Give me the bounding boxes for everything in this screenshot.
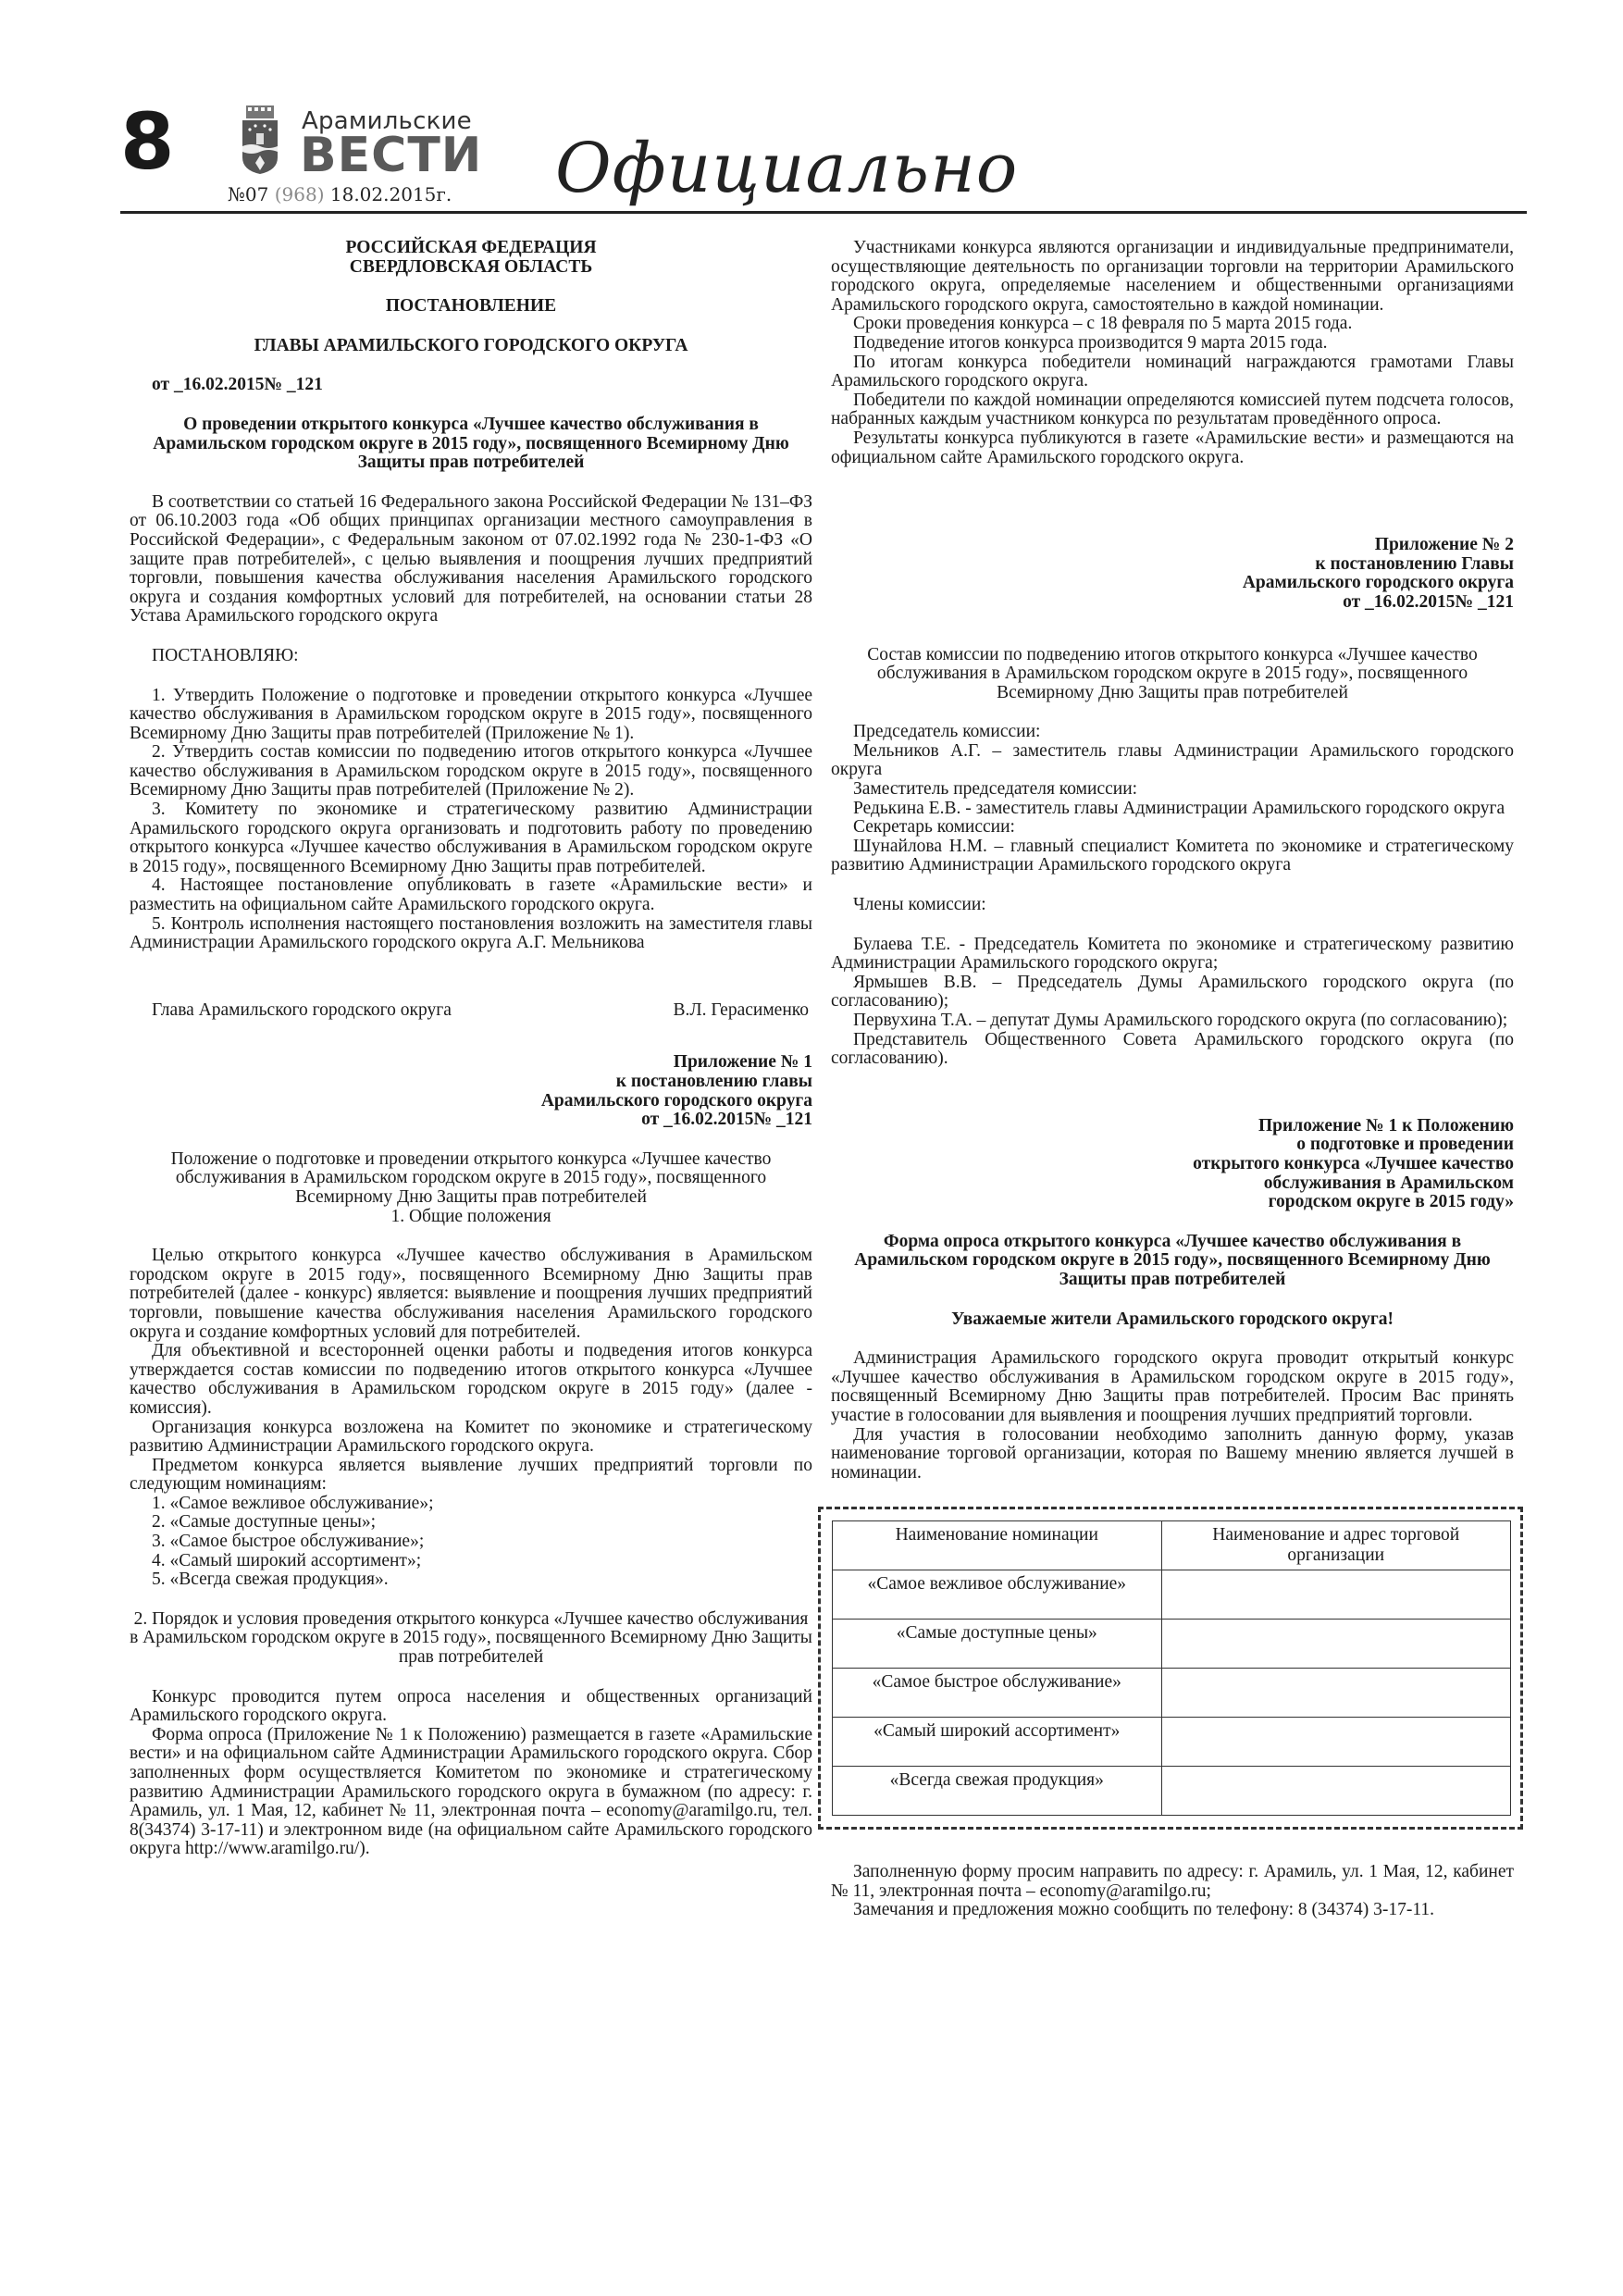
section1-paragraph: Организация конкурса возложена на Комите… [130,1419,812,1457]
section1-paragraph: Для объективной и всесторонней оценки ра… [130,1342,812,1418]
section-title: Официально [555,122,1018,215]
doc-date-number: от _16.02.2015№ _121 [130,376,812,395]
survey-intro: Для участия в голосовании необходимо зап… [831,1426,1514,1483]
member-item: Первухина Т.А. – депутат Думы Арамильско… [831,1011,1514,1031]
right-column: Участниками конкурса являются организаци… [831,239,1514,1920]
nomination-item: 3. «Самое быстрое обслуживание»; [130,1533,812,1552]
column-header-nomination: Наименование номинации [833,1521,1162,1570]
appendix1-heading-line: от _16.02.2015№ _121 [130,1111,812,1130]
signature-name: В.Л. Герасименко [674,1001,809,1021]
table-row: «Самое быстрое обслуживание» [833,1669,1511,1718]
members-label: Члены комиссии: [831,896,1514,915]
survey-heading-line: Приложение № 1 к Положению [831,1117,1514,1136]
nomination-item: 4. «Самый широкий ассортимент»; [130,1552,812,1571]
table-row: «Самые доступные цены» [833,1620,1511,1669]
issue-date: 18.02.2015г. [330,183,452,205]
member-item: Представитель Общественного Совета Арами… [831,1031,1514,1069]
nomination-item: 5. «Всегда свежая продукция». [130,1570,812,1590]
table-header-row: Наименование номинации Наименование и ад… [833,1521,1511,1570]
survey-intro: Администрация Арамильского городского ок… [831,1349,1514,1425]
signature-block: Глава Арамильского городского округа В.Л… [130,1001,812,1021]
section2-paragraph: Подведение итогов конкурса производится … [831,334,1514,354]
member-item: Ярмышев В.В. – Председатель Думы Арамиль… [831,974,1514,1011]
decree-word: ПОСТАНОВЛЯЮ: [130,647,812,666]
survey-heading-line: городском округе в 2015 году» [831,1193,1514,1212]
survey-greeting: Уважаемые жители Арамильского городского… [831,1310,1514,1330]
chair: Мельников А.Г. – заместитель главы Админ… [831,742,1514,780]
header-region: СВЕРДЛОВСКАЯ ОБЛАСТЬ [130,258,812,278]
appendix2-heading-line: от _16.02.2015№ _121 [831,593,1514,613]
section1-paragraph: Предметом конкурса является выявление лу… [130,1457,812,1495]
page-number: 8 [120,100,174,183]
nominations-list: 1. «Самое вежливое обслуживание»; 2. «Са… [130,1495,812,1590]
appendix1-heading-line: Арамильского городского округа [130,1092,812,1111]
deputy: Редькина Е.В. - заместитель главы Админи… [831,800,1514,819]
appendix2-heading: Приложение № 2 к постановлению Главы Ара… [831,536,1514,612]
survey-heading-line: открытого конкурса «Лучшее качество [831,1155,1514,1174]
deputy-label: Заместитель председателя комиссии: [831,780,1514,800]
appendix1-heading-line: Приложение № 1 [130,1053,812,1073]
issue-total-number: (968) [275,183,325,205]
section2-title: 2. Порядок и условия проведения открытог… [130,1610,812,1668]
appendix2-heading-line: к постановлению Главы [831,555,1514,575]
decree-item: 1. Утвердить Положение о подготовке и пр… [130,687,812,744]
nomination-cell: «Самое быстрое обслуживание» [833,1669,1162,1718]
appendix1-heading-line: к постановлению главы [130,1073,812,1092]
chair-label: Председатель комиссии: [831,723,1514,742]
section2-paragraph: Сроки проведения конкурса – с 18 февраля… [831,315,1514,334]
doc-type: ПОСТАНОВЛЕНИЕ [130,297,812,316]
brand-name-main: ВЕСТИ [300,131,482,180]
header-rule [120,211,1527,214]
table-row: «Самый широкий ассортимент» [833,1718,1511,1767]
table-row: «Всегда свежая продукция» [833,1767,1511,1816]
survey-closing: Заполненную форму просим направить по ад… [831,1863,1514,1901]
preamble: В соответствии со статьей 16 Федеральног… [130,493,812,627]
signature-role: Глава Арамильского городского округа [152,1001,452,1021]
masthead: 8 Арамильские ВЕСТИ №07 (968) 18.02.2015… [120,100,1527,215]
nomination-cell: «Самое вежливое обслуживание» [833,1570,1162,1620]
organization-entry-cell[interactable] [1161,1767,1511,1816]
section2-paragraph: Победители по каждой номинации определяю… [831,391,1514,429]
nomination-cell: «Всегда свежая продукция» [833,1767,1162,1816]
secretary-label: Секретарь комиссии: [831,818,1514,838]
doc-title: О проведении открытого конкурса «Лучшее … [130,416,812,473]
organization-entry-cell[interactable] [1161,1718,1511,1767]
organization-entry-cell[interactable] [1161,1570,1511,1620]
section2-paragraph: Результаты конкурса публикуются в газете… [831,429,1514,467]
nomination-item: 1. «Самое вежливое обслуживание»; [130,1495,812,1514]
secretary: Шунайлова Н.М. – главный специалист Коми… [831,838,1514,875]
appendix2-title: Состав комиссии по подведению итогов отк… [831,646,1514,703]
nomination-cell: «Самые доступные цены» [833,1620,1162,1669]
appendix2-heading-line: Арамильского городского округа [831,574,1514,593]
survey-table: Наименование номинации Наименование и ад… [832,1520,1511,1816]
appendix2-heading-line: Приложение № 2 [831,536,1514,555]
survey-heading-line: о подготовке и проведении [831,1136,1514,1155]
decree-item: 5. Контроль исполнения настоящего постан… [130,915,812,953]
issue-info: №07 (968) 18.02.2015г. [228,183,452,205]
decree-item: 4. Настоящее постановление опубликовать … [130,876,812,914]
section2-paragraph: По итогам конкурса победители номинаций … [831,354,1514,391]
section1-title: 1. Общие положения [130,1208,812,1227]
appendix1-heading: Приложение № 1 к постановлению главы Ара… [130,1053,812,1129]
issue-number: №07 [228,183,268,205]
doc-issuer: ГЛАВЫ АРАМИЛЬСКОГО ГОРОДСКОГО ОКРУГА [130,337,812,356]
section1-paragraph: Целью открытого конкурса «Лучшее качеств… [130,1247,812,1342]
members-list: Булаева Т.Е. - Председатель Комитета по … [831,936,1514,1069]
survey-title: Форма опроса открытого конкурса «Лучшее … [831,1233,1514,1290]
left-column: РОССИЙСКАЯ ФЕДЕРАЦИЯ СВЕРДЛОВСКАЯ ОБЛАСТ… [130,239,812,1859]
decree-item: 2. Утвердить состав комиссии по подведен… [130,743,812,800]
section2-paragraph: Форма опроса (Приложение № 1 к Положению… [130,1726,812,1859]
header-country: РОССИЙСКАЯ ФЕДЕРАЦИЯ [130,239,812,258]
section2-paragraph: Конкурс проводится путем опроса населени… [130,1688,812,1726]
survey-closing: Замечания и предложения можно сообщить п… [831,1901,1514,1920]
column-header-organization: Наименование и адрес торговой организаци… [1161,1521,1511,1570]
member-item: Булаева Т.Е. - Председатель Комитета по … [831,936,1514,974]
nomination-cell: «Самый широкий ассортимент» [833,1718,1162,1767]
survey-heading-line: обслуживания в Арамильском [831,1174,1514,1194]
organization-entry-cell[interactable] [1161,1620,1511,1669]
survey-heading: Приложение № 1 к Положению о подготовке … [831,1117,1514,1212]
appendix1-title: Положение о подготовке и проведении откр… [130,1150,812,1208]
section2-paragraph: Участниками конкурса являются организаци… [831,239,1514,315]
coat-of-arms-icon [241,105,279,174]
decree-item: 3. Комитету по экономике и стратегическо… [130,800,812,876]
nomination-item: 2. «Самые доступные цены»; [130,1513,812,1533]
organization-entry-cell[interactable] [1161,1669,1511,1718]
table-row: «Самое вежливое обслуживание» [833,1570,1511,1620]
survey-form-cutout: Наименование номинации Наименование и ад… [818,1507,1523,1830]
decree-items: 1. Утвердить Положение о подготовке и пр… [130,687,812,953]
